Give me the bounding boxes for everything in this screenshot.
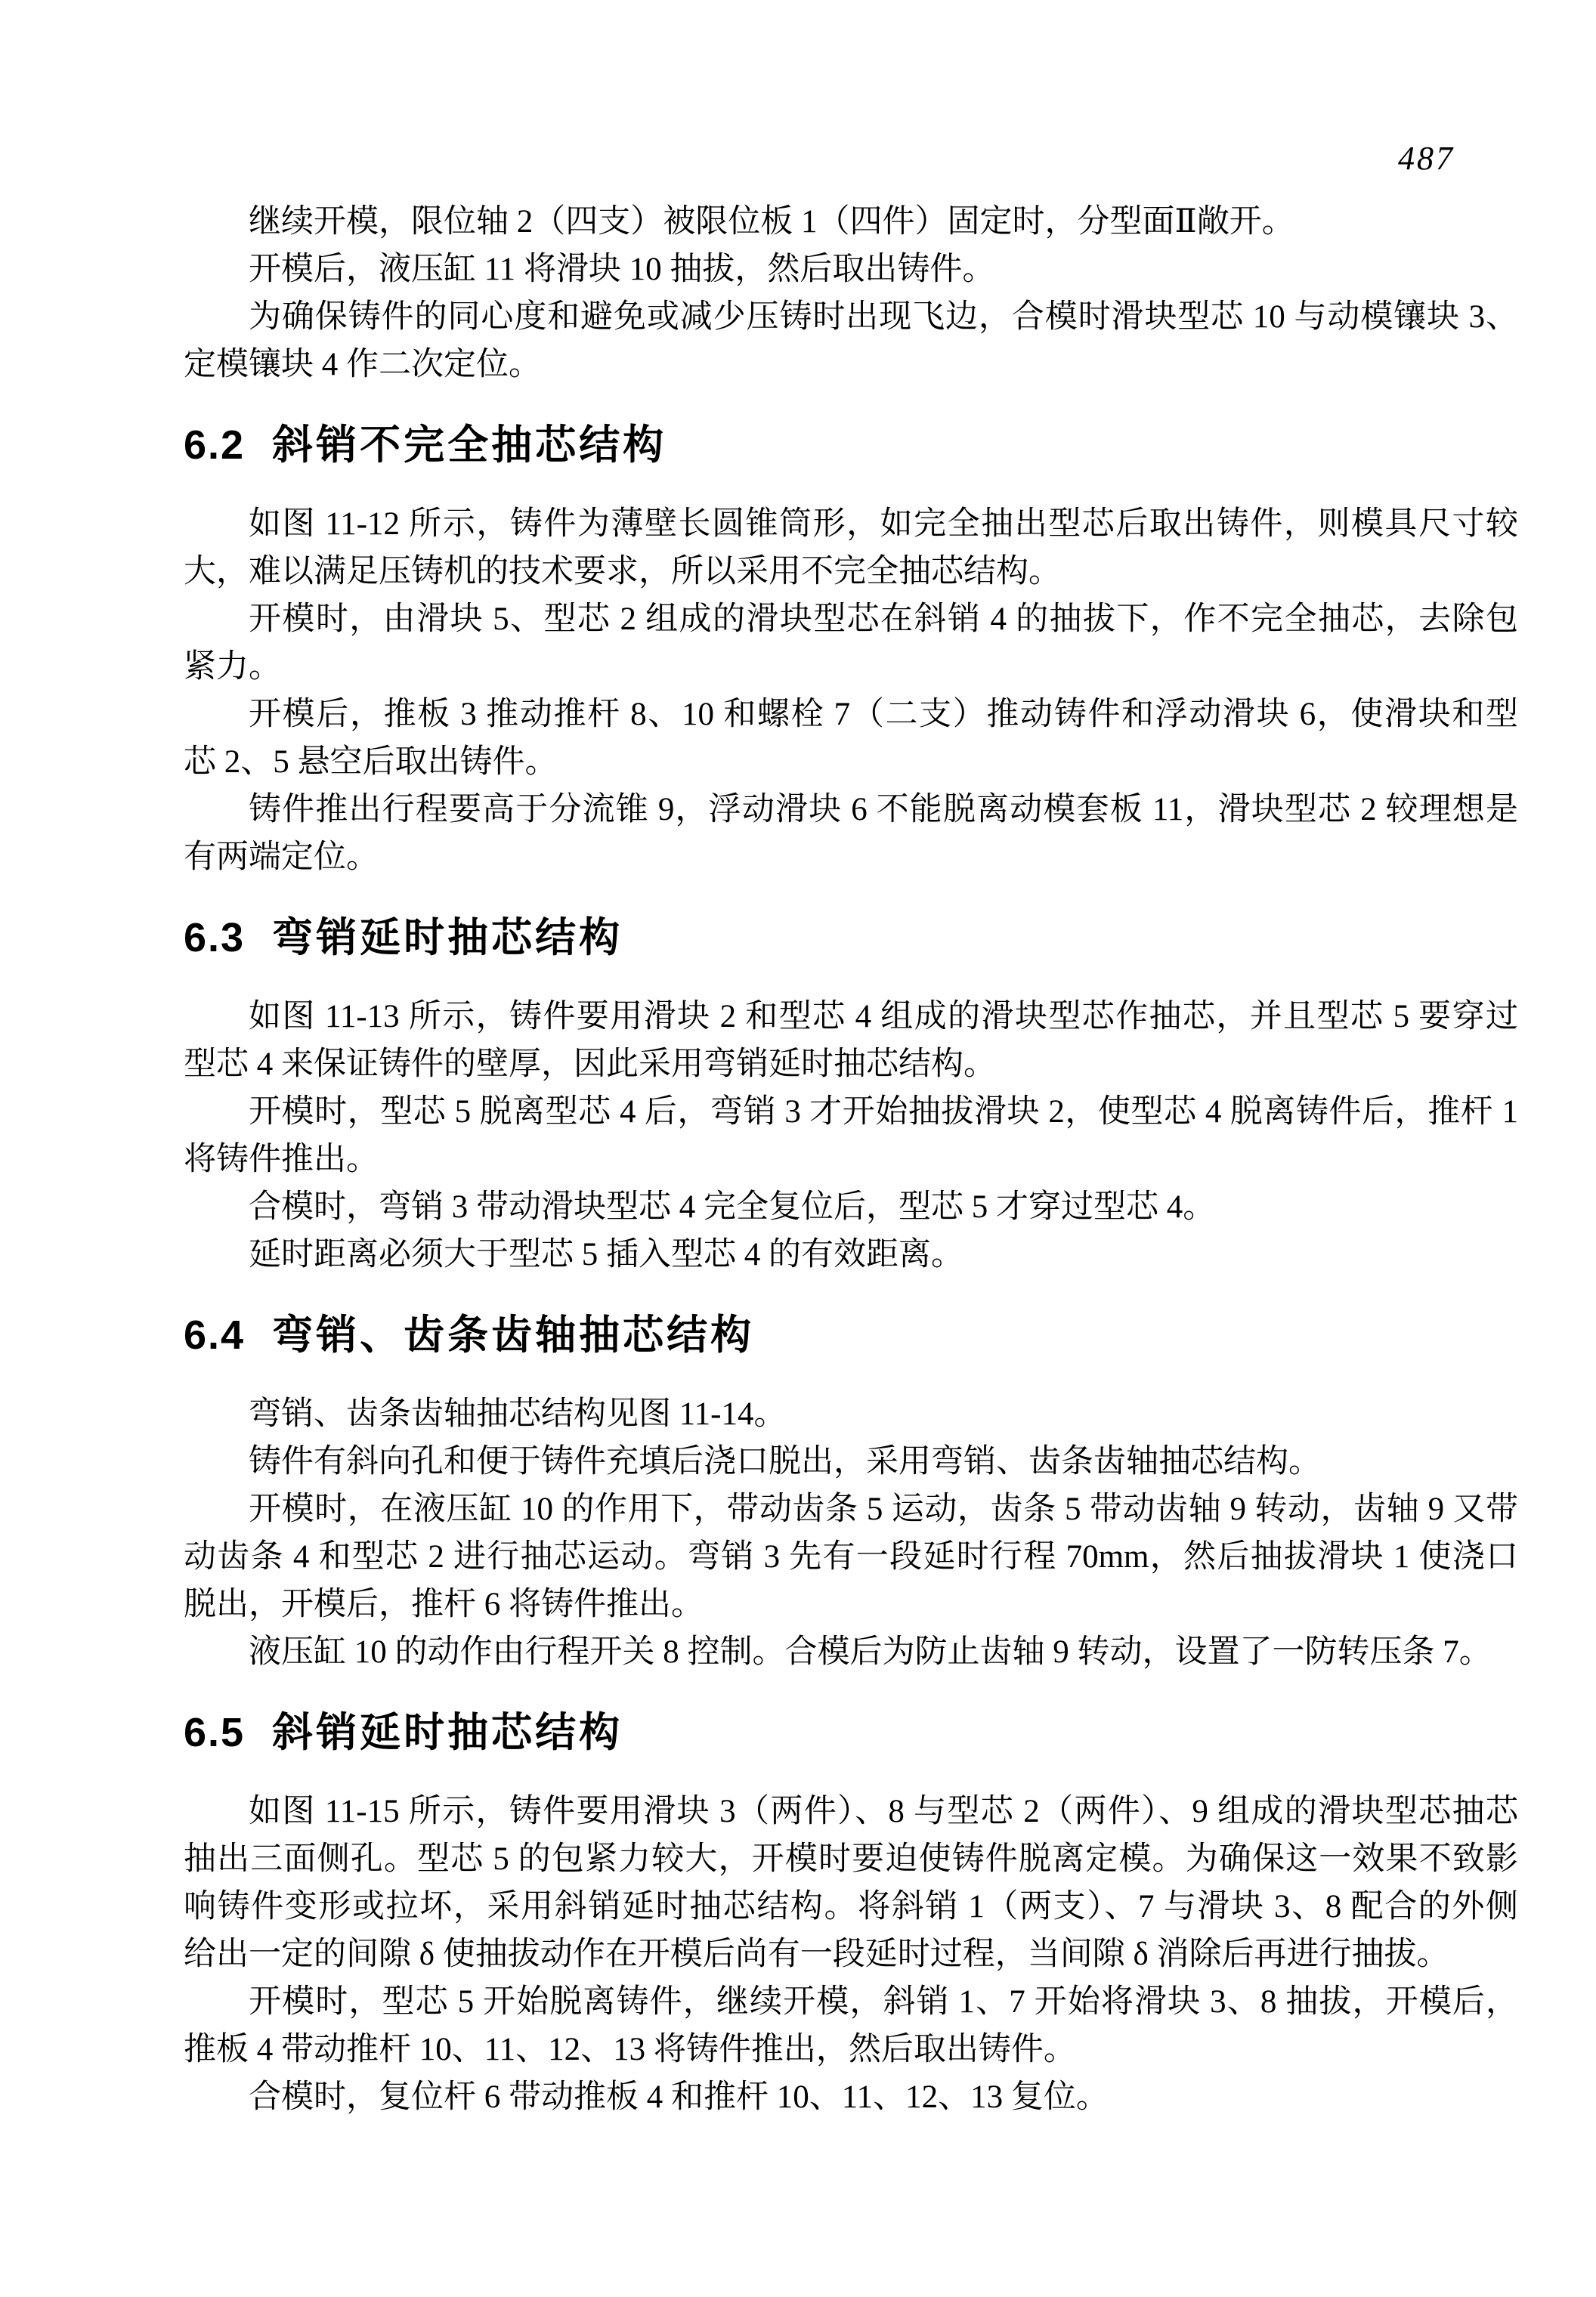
text-line: 给出一定的间隙 δ 使抽拔动作在开模后尚有一段延时过程，当间隙 δ 消除后再进行… xyxy=(184,1931,1518,1978)
text-line: 有两端定位。 xyxy=(184,833,1518,881)
section-heading: 6.3弯销延时抽芯结构 xyxy=(184,914,1518,961)
section-heading-number: 6.4 xyxy=(184,1312,245,1359)
section-heading-title: 斜销延时抽芯结构 xyxy=(272,1709,623,1756)
text-line: 继续开模，限位轴 2（四支）被限位板 1（四件）固定时，分型面Ⅱ敞开。 xyxy=(184,198,1518,246)
text-line: 延时距离必须大于型芯 5 插入型芯 4 的有效距离。 xyxy=(184,1231,1518,1278)
paragraph: 继续开模，限位轴 2（四支）被限位板 1（四件）固定时，分型面Ⅱ敞开。 xyxy=(184,198,1518,246)
text-line: 如图 11-15 所示，铸件要用滑块 3（两件）、8 与型芯 2（两件）、9 组… xyxy=(184,1788,1518,1835)
text-line: 推板 4 带动推杆 10、11、12、13 将铸件推出，然后取出铸件。 xyxy=(184,2026,1518,2073)
paragraph: 开模后，推板 3 推动推杆 8、10 和螺栓 7（二支）推动铸件和浮动滑块 6，… xyxy=(184,691,1518,786)
text-line: 脱出，开模后，推杆 6 将铸件推出。 xyxy=(184,1581,1518,1628)
section-heading-number: 6.5 xyxy=(184,1709,245,1756)
section-heading-title: 斜销不完全抽芯结构 xyxy=(272,422,667,468)
section-heading-number: 6.3 xyxy=(184,914,245,961)
document-content: 继续开模，限位轴 2（四支）被限位板 1（四件）固定时，分型面Ⅱ敞开。开模后，液… xyxy=(184,198,1518,2121)
page-number: 487 xyxy=(1398,139,1455,178)
text-line: 开模后，推板 3 推动推杆 8、10 和螺栓 7（二支）推动铸件和浮动滑块 6，… xyxy=(184,691,1518,738)
paragraph: 为确保铸件的同心度和避免或减少压铸时出现飞边，合模时滑块型芯 10 与动模镶块 … xyxy=(184,293,1518,388)
text-line: 液压缸 10 的动作由行程开关 8 控制。合模后为防止齿轴 9 转动，设置了一防… xyxy=(184,1628,1518,1676)
section-heading: 6.5斜销延时抽芯结构 xyxy=(184,1709,1518,1756)
paragraph: 如图 11-13 所示，铸件要用滑块 2 和型芯 4 组成的滑块型芯作抽芯，并且… xyxy=(184,993,1518,1088)
section-heading-number: 6.2 xyxy=(184,422,245,468)
text-line: 抽出三面侧孔。型芯 5 的包紧力较大，开模时要迫使铸件脱离定模。为确保这一效果不… xyxy=(184,1835,1518,1883)
paragraph: 液压缸 10 的动作由行程开关 8 控制。合模后为防止齿轴 9 转动，设置了一防… xyxy=(184,1628,1518,1676)
paragraph: 如图 11-15 所示，铸件要用滑块 3（两件）、8 与型芯 2（两件）、9 组… xyxy=(184,1788,1518,1978)
paragraph: 开模时，由滑块 5、型芯 2 组成的滑块型芯在斜销 4 的抽拔下，作不完全抽芯，… xyxy=(184,595,1518,691)
text-line: 为确保铸件的同心度和避免或减少压铸时出现飞边，合模时滑块型芯 10 与动模镶块 … xyxy=(184,293,1518,341)
text-line: 铸件推出行程要高于分流锥 9，浮动滑块 6 不能脱离动模套板 11，滑块型芯 2… xyxy=(184,786,1518,833)
text-line: 定模镶块 4 作二次定位。 xyxy=(184,341,1518,388)
paragraph: 如图 11-12 所示，铸件为薄壁长圆锥筒形，如完全抽出型芯后取出铸件，则模具尺… xyxy=(184,500,1518,595)
text-line: 开模时，型芯 5 脱离型芯 4 后，弯销 3 才开始抽拔滑块 2，使型芯 4 脱… xyxy=(184,1088,1518,1136)
text-line: 大，难以满足压铸机的技术要求，所以采用不完全抽芯结构。 xyxy=(184,548,1518,595)
text-line: 开模时，由滑块 5、型芯 2 组成的滑块型芯在斜销 4 的抽拔下，作不完全抽芯，… xyxy=(184,595,1518,643)
text-line: 弯销、齿条齿轴抽芯结构见图 11-14。 xyxy=(184,1390,1518,1438)
text-line: 型芯 4 来保证铸件的壁厚，因此采用弯销延时抽芯结构。 xyxy=(184,1040,1518,1088)
paragraph: 开模后，液压缸 11 将滑块 10 抽拔，然后取出铸件。 xyxy=(184,246,1518,293)
text-line: 合模时，复位杆 6 带动推板 4 和推杆 10、11、12、13 复位。 xyxy=(184,2073,1518,2121)
text-line: 如图 11-13 所示，铸件要用滑块 2 和型芯 4 组成的滑块型芯作抽芯，并且… xyxy=(184,993,1518,1040)
paragraph: 铸件有斜向孔和便于铸件充填后浇口脱出，采用弯销、齿条齿轴抽芯结构。 xyxy=(184,1438,1518,1485)
text-line: 动齿条 4 和型芯 2 进行抽芯运动。弯销 3 先有一段延时行程 70mm，然后… xyxy=(184,1533,1518,1581)
paragraph: 开模时，在液压缸 10 的作用下，带动齿条 5 运动，齿条 5 带动齿轴 9 转… xyxy=(184,1485,1518,1628)
paragraph: 合模时，复位杆 6 带动推板 4 和推杆 10、11、12、13 复位。 xyxy=(184,2073,1518,2121)
text-line: 响铸件变形或拉坏，采用斜销延时抽芯结构。将斜销 1（两支）、7 与滑块 3、8 … xyxy=(184,1883,1518,1931)
text-line: 开模后，液压缸 11 将滑块 10 抽拔，然后取出铸件。 xyxy=(184,246,1518,293)
text-line: 芯 2、5 悬空后取出铸件。 xyxy=(184,738,1518,786)
paragraph: 开模时，型芯 5 脱离型芯 4 后，弯销 3 才开始抽拔滑块 2，使型芯 4 脱… xyxy=(184,1088,1518,1183)
scanned-book-page: 487 继续开模，限位轴 2（四支）被限位板 1（四件）固定时，分型面Ⅱ敞开。开… xyxy=(0,0,1596,2297)
paragraph: 延时距离必须大于型芯 5 插入型芯 4 的有效距离。 xyxy=(184,1231,1518,1278)
text-line: 将铸件推出。 xyxy=(184,1136,1518,1183)
text-line: 合模时，弯销 3 带动滑块型芯 4 完全复位后，型芯 5 才穿过型芯 4。 xyxy=(184,1183,1518,1231)
paragraph: 开模时，型芯 5 开始脱离铸件，继续开模，斜销 1、7 开始将滑块 3、8 抽拔… xyxy=(184,1978,1518,2073)
section-heading: 6.2斜销不完全抽芯结构 xyxy=(184,422,1518,468)
text-line: 开模时，型芯 5 开始脱离铸件，继续开模，斜销 1、7 开始将滑块 3、8 抽拔… xyxy=(184,1978,1518,2026)
text-line: 紧力。 xyxy=(184,643,1518,691)
section-heading-title: 弯销、齿条齿轴抽芯结构 xyxy=(272,1312,754,1359)
text-line: 开模时，在液压缸 10 的作用下，带动齿条 5 运动，齿条 5 带动齿轴 9 转… xyxy=(184,1485,1518,1533)
section-heading-title: 弯销延时抽芯结构 xyxy=(272,914,623,961)
paragraph: 合模时，弯销 3 带动滑块型芯 4 完全复位后，型芯 5 才穿过型芯 4。 xyxy=(184,1183,1518,1231)
paragraph: 弯销、齿条齿轴抽芯结构见图 11-14。 xyxy=(184,1390,1518,1438)
section-heading: 6.4弯销、齿条齿轴抽芯结构 xyxy=(184,1312,1518,1359)
text-line: 如图 11-12 所示，铸件为薄壁长圆锥筒形，如完全抽出型芯后取出铸件，则模具尺… xyxy=(184,500,1518,548)
text-line: 铸件有斜向孔和便于铸件充填后浇口脱出，采用弯销、齿条齿轴抽芯结构。 xyxy=(184,1438,1518,1485)
paragraph: 铸件推出行程要高于分流锥 9，浮动滑块 6 不能脱离动模套板 11，滑块型芯 2… xyxy=(184,786,1518,881)
